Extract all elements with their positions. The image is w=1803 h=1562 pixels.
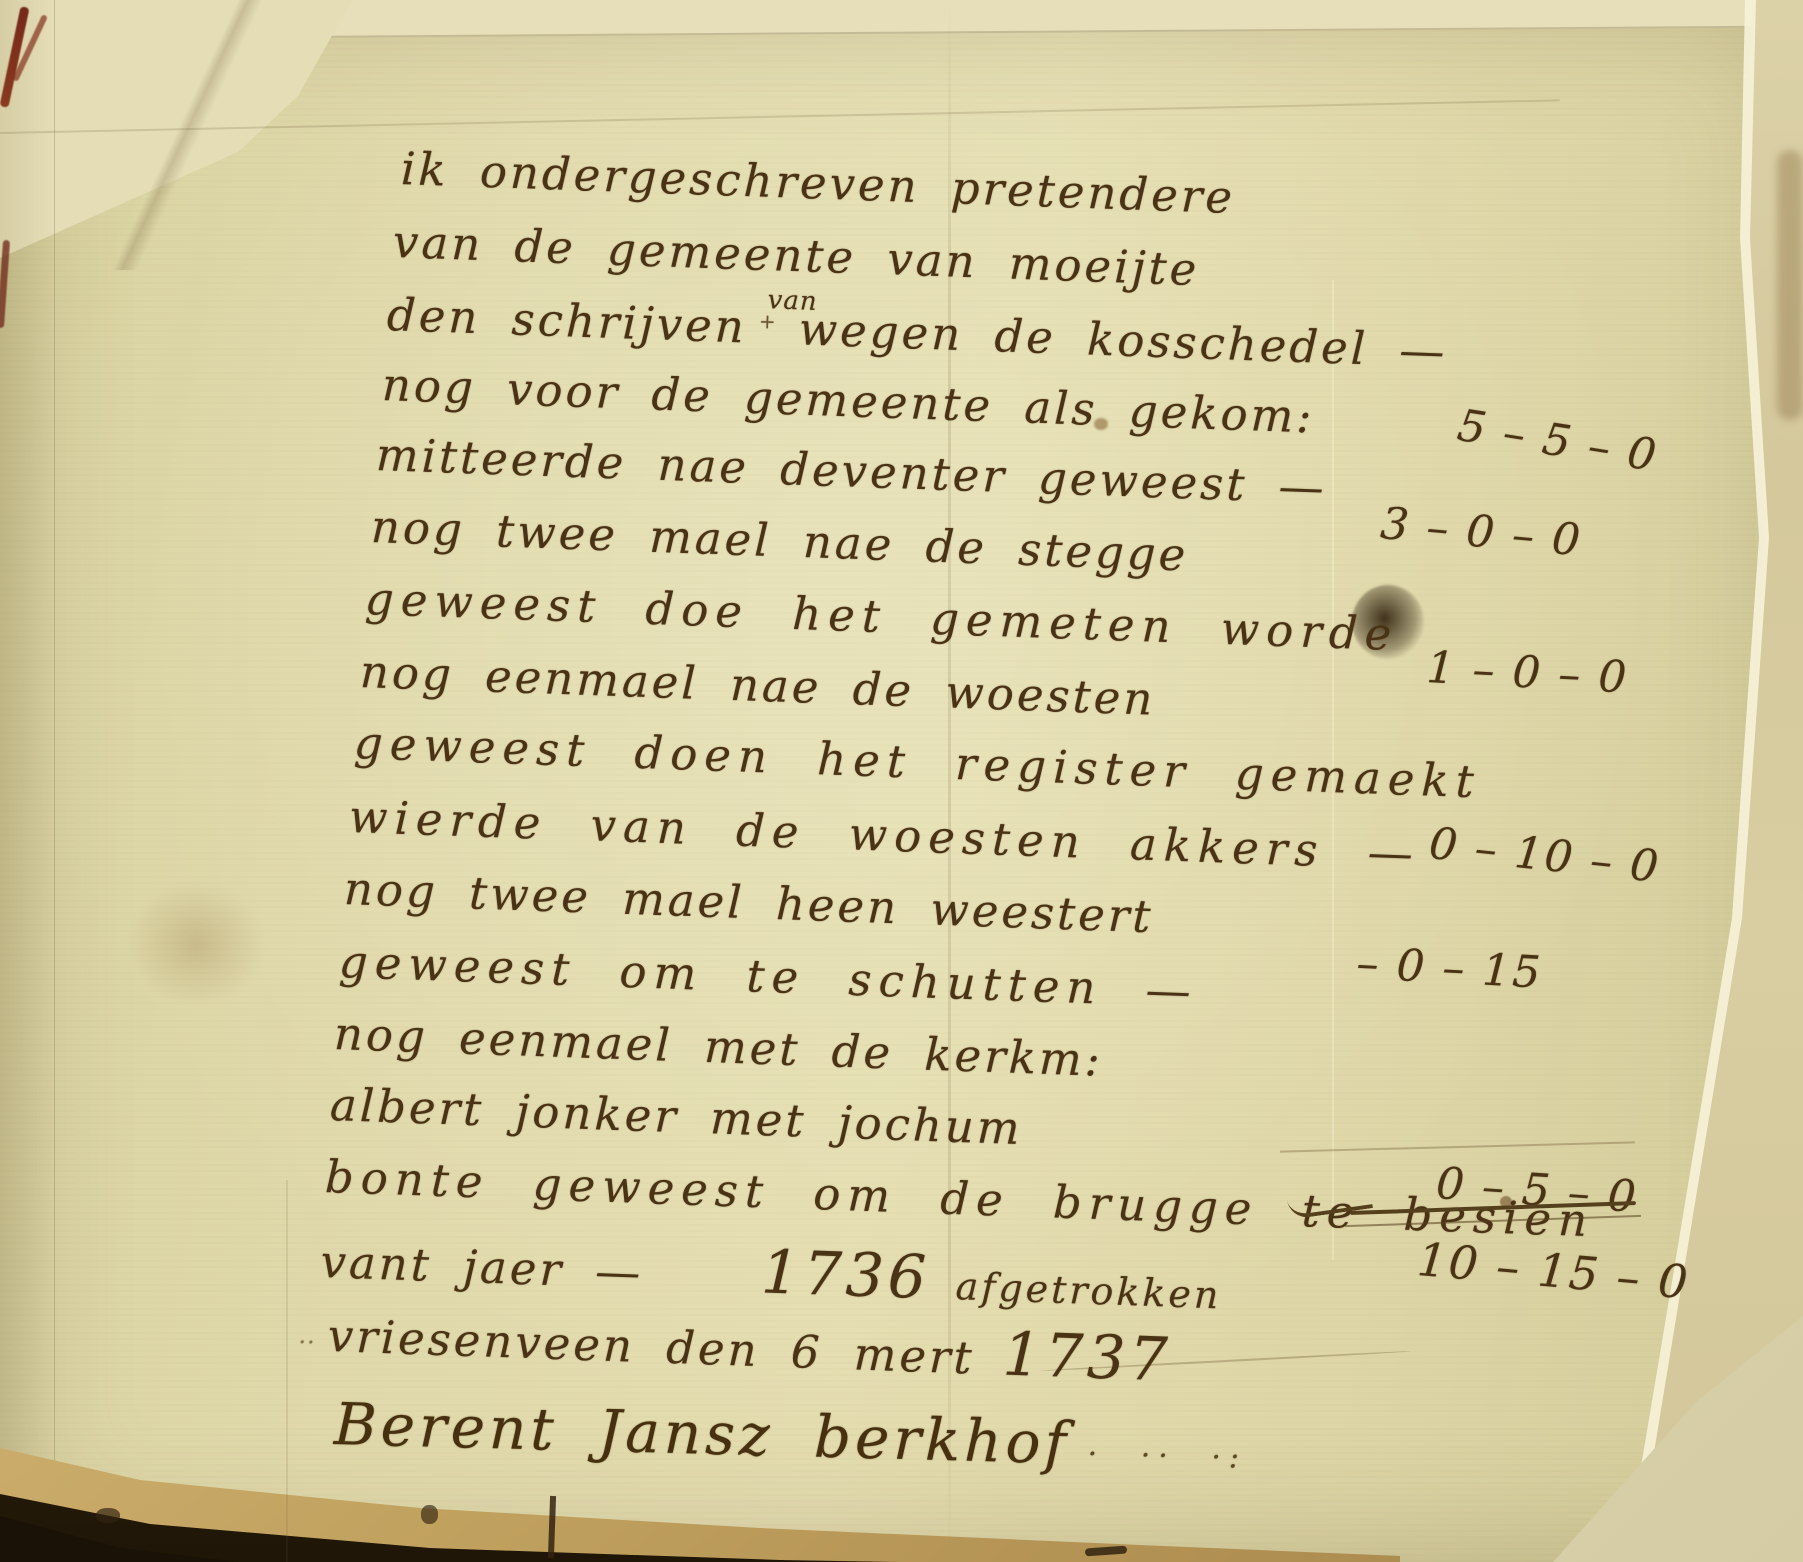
margin-stain — [128, 882, 264, 1006]
line-text: afgetrokken — [955, 1264, 1222, 1317]
amount-value: 1 – 0 – 0 — [1425, 642, 1629, 703]
ink-fragment — [96, 1508, 120, 1523]
smudge-marks: ·· — [298, 1328, 316, 1357]
left-page-edge — [0, 0, 55, 1562]
inserted-word: van — [767, 285, 818, 317]
ink-fragment — [421, 1505, 438, 1524]
signature-flourish: · ·· ·: — [1087, 1437, 1247, 1476]
manuscript-photo: ik ondergeschreven pretendere van de gem… — [0, 0, 1803, 1562]
line-text: vant jaer — — [320, 1235, 645, 1299]
year-1736: 1736 — [760, 1237, 931, 1313]
torn-edge-stain — [1777, 150, 1803, 420]
amount-value: – 0 – 15 — [1355, 938, 1543, 999]
year-1737: 1737 — [1002, 1320, 1173, 1396]
